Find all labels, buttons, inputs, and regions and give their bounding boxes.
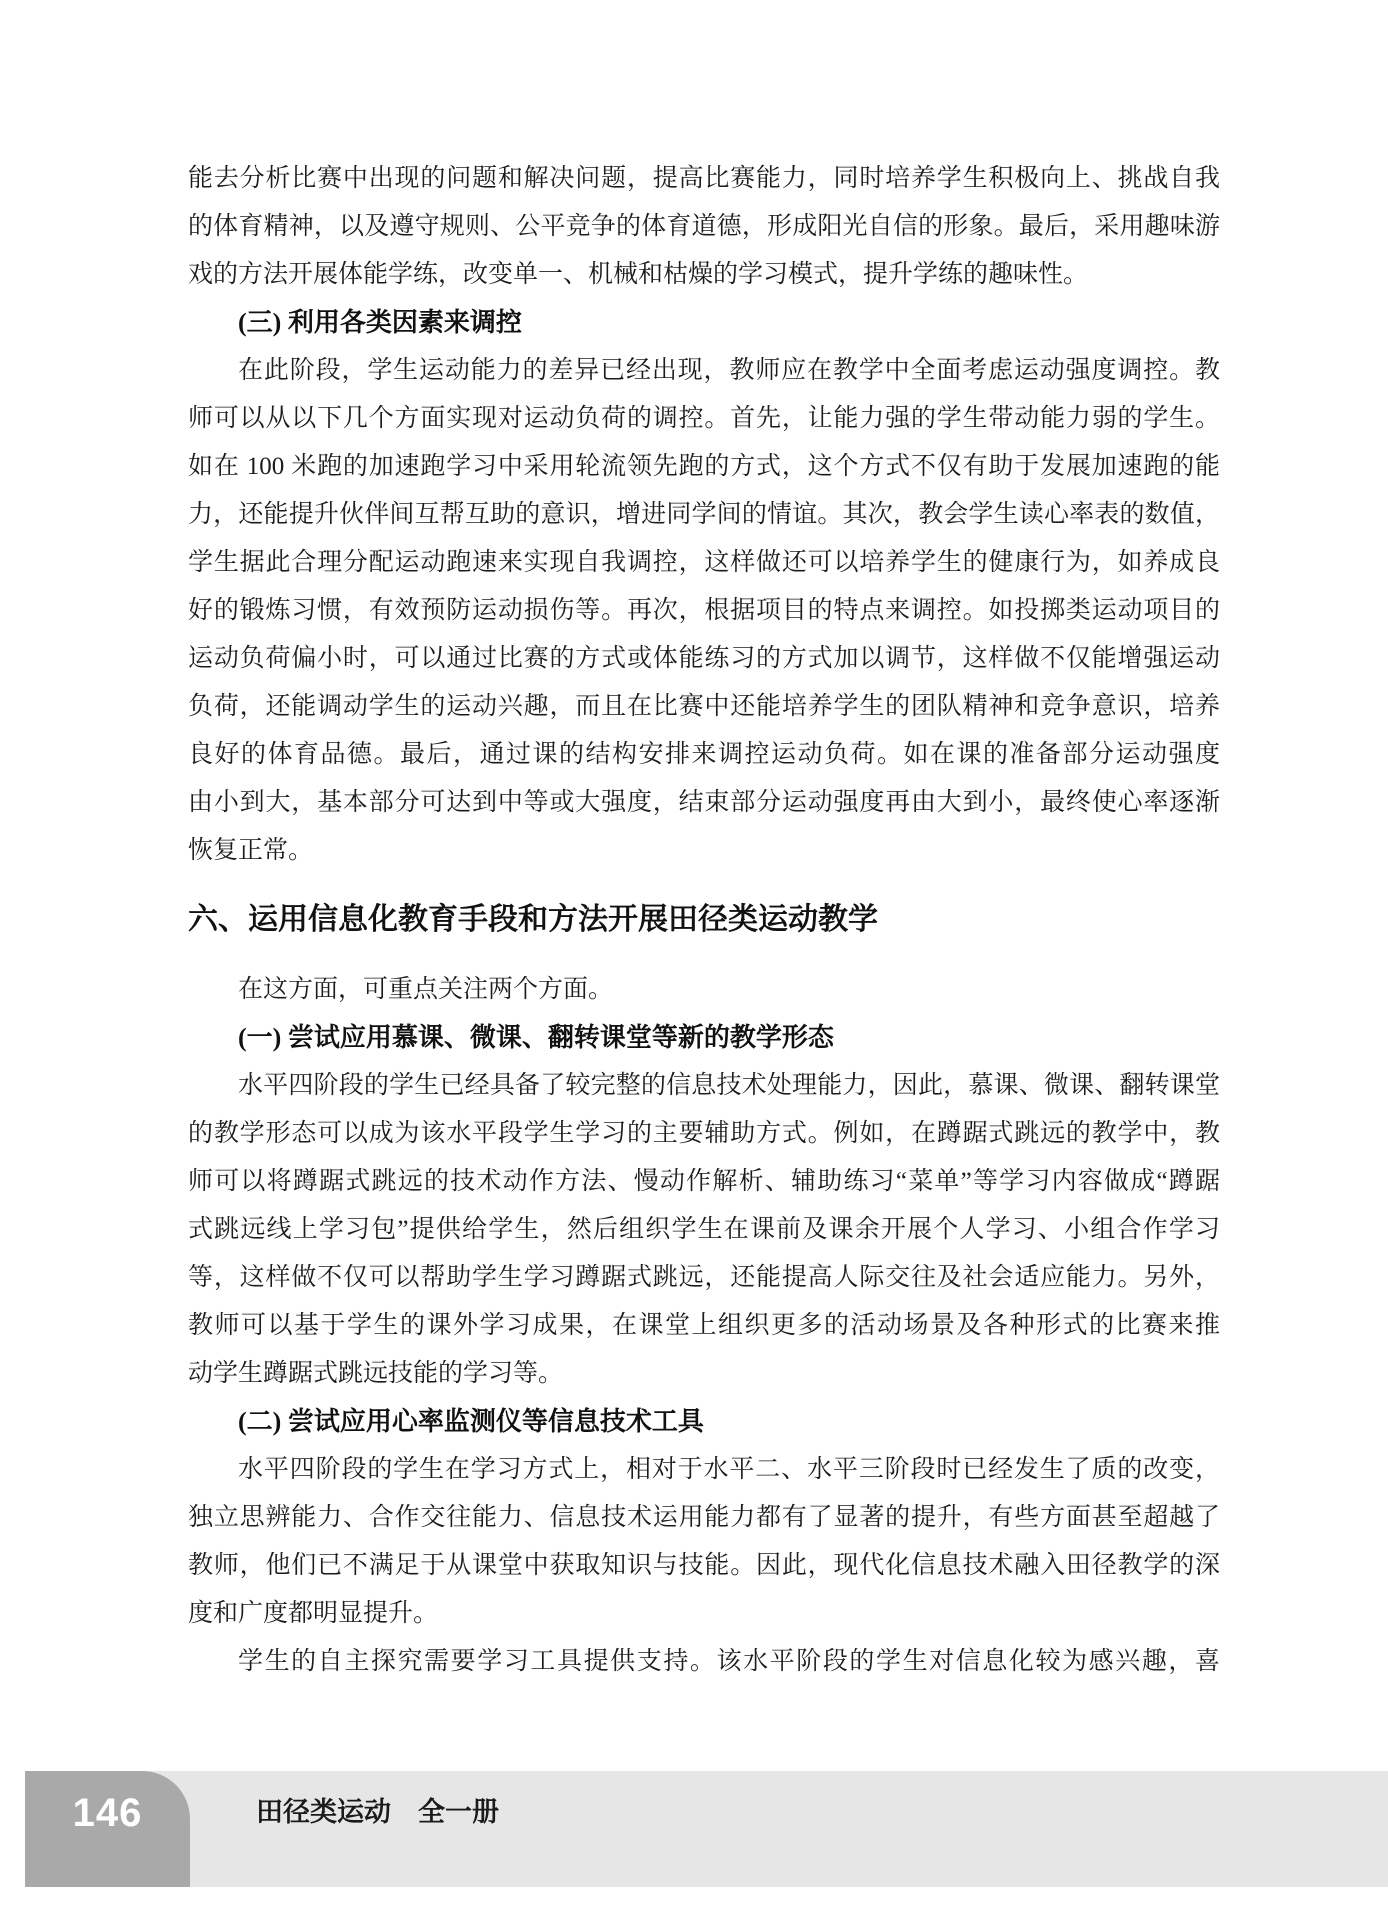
text-line: 力，还能提升伙伴间互帮互助的意识，增进同学间的情谊。其次，教会学生读心率表的数值… — [188, 491, 1220, 539]
subheading-1: (一) 尝试应用慕课、微课、翻转课堂等新的教学形态 — [188, 1014, 1220, 1062]
text-line: 动学生蹲踞式跳远技能的学习等。 — [188, 1350, 1220, 1398]
text-line: 等，这样做不仅可以帮助学生学习蹲踞式跳远，还能提高人际交往及社会适应能力。另外， — [188, 1254, 1220, 1302]
book-page: 能去分析比赛中出现的问题和解决问题，提高比赛能力，同时培养学生积极向上、挑战自我… — [0, 0, 1388, 1917]
text-line: 由小到大，基本部分可达到中等或大强度，结束部分运动强度再由大到小，最终使心率逐渐 — [188, 779, 1220, 827]
text-line: 如在 100 米跑的加速跑学习中采用轮流领先跑的方式，这个方式不仅有助于发展加速… — [188, 443, 1220, 491]
subheading-2: (二) 尝试应用心率监测仪等信息技术工具 — [188, 1398, 1220, 1446]
text-line: 运动负荷偏小时，可以通过比赛的方式或体能练习的方式加以调节，这样做不仅能增强运动 — [188, 635, 1220, 683]
text-line: 恢复正常。 — [188, 827, 1220, 875]
text-line: 在此阶段，学生运动能力的差异已经出现，教师应在教学中全面考虑运动强度调控。教 — [188, 347, 1220, 395]
text-line: 独立思辨能力、合作交往能力、信息技术运用能力都有了显著的提升，有些方面甚至超越了 — [188, 1494, 1220, 1542]
text-line: 师可以将蹲踞式跳远的技术动作方法、慢动作解析、辅助练习“菜单”等学习内容做成“蹲… — [188, 1158, 1220, 1206]
text-line: 能去分析比赛中出现的问题和解决问题，提高比赛能力，同时培养学生积极向上、挑战自我 — [188, 155, 1220, 203]
page-number-badge: 146 — [25, 1771, 190, 1887]
section-heading: 六、运用信息化教育手段和方法开展田径类运动教学 — [188, 895, 1220, 945]
page-number: 146 — [73, 1787, 143, 1839]
text-line: 学生的自主探究需要学习工具提供支持。该水平阶段的学生对信息化较为感兴趣，喜 — [188, 1638, 1220, 1686]
text-line: 好的锻炼习惯，有效预防运动损伤等。再次，根据项目的特点来调控。如投掷类运动项目的 — [188, 587, 1220, 635]
text-line: 水平四阶段的学生在学习方式上，相对于水平二、水平三阶段时已经发生了质的改变， — [188, 1446, 1220, 1494]
text-line: 的体育精神，以及遵守规则、公平竞争的体育道德，形成阳光自信的形象。最后，采用趣味… — [188, 203, 1220, 251]
text-line: 戏的方法开展体能学练，改变单一、机械和枯燥的学习模式，提升学练的趣味性。 — [188, 251, 1220, 299]
text-line: 度和广度都明显提升。 — [188, 1590, 1220, 1638]
text-line: 教师，他们已不满足于从课堂中获取知识与技能。因此，现代化信息技术融入田径教学的深 — [188, 1542, 1220, 1590]
text-line: 水平四阶段的学生已经具备了较完整的信息技术处理能力，因此，慕课、微课、翻转课堂 — [188, 1062, 1220, 1110]
text-line: 教师可以基于学生的课外学习成果，在课堂上组织更多的活动场景及各种形式的比赛来推 — [188, 1302, 1220, 1350]
text-line: 在这方面，可重点关注两个方面。 — [188, 966, 1220, 1014]
text-line: 式跳远线上学习包”提供给学生，然后组织学生在课前及课余开展个人学习、小组合作学习 — [188, 1206, 1220, 1254]
text-line: 学生据此合理分配运动跑速来实现自我调控，这样做还可以培养学生的健康行为，如养成良 — [188, 539, 1220, 587]
text-line: 师可以从以下几个方面实现对运动负荷的调控。首先，让能力强的学生带动能力弱的学生。 — [188, 395, 1220, 443]
footer-bar — [25, 1771, 1388, 1887]
page-body: 能去分析比赛中出现的问题和解决问题，提高比赛能力，同时培养学生积极向上、挑战自我… — [188, 155, 1220, 1686]
text-line: 的教学形态可以成为该水平段学生学习的主要辅助方式。例如，在蹲踞式跳远的教学中，教 — [188, 1110, 1220, 1158]
text-line: 负荷，还能调动学生的运动兴趣，而且在比赛中还能培养学生的团队精神和竞争意识，培养 — [188, 683, 1220, 731]
subheading-3: (三) 利用各类因素来调控 — [188, 299, 1220, 347]
text-line: 良好的体育品德。最后，通过课的结构安排来调控运动负荷。如在课的准备部分运动强度 — [188, 731, 1220, 779]
book-title: 田径类运动 全一册 — [256, 1790, 499, 1834]
